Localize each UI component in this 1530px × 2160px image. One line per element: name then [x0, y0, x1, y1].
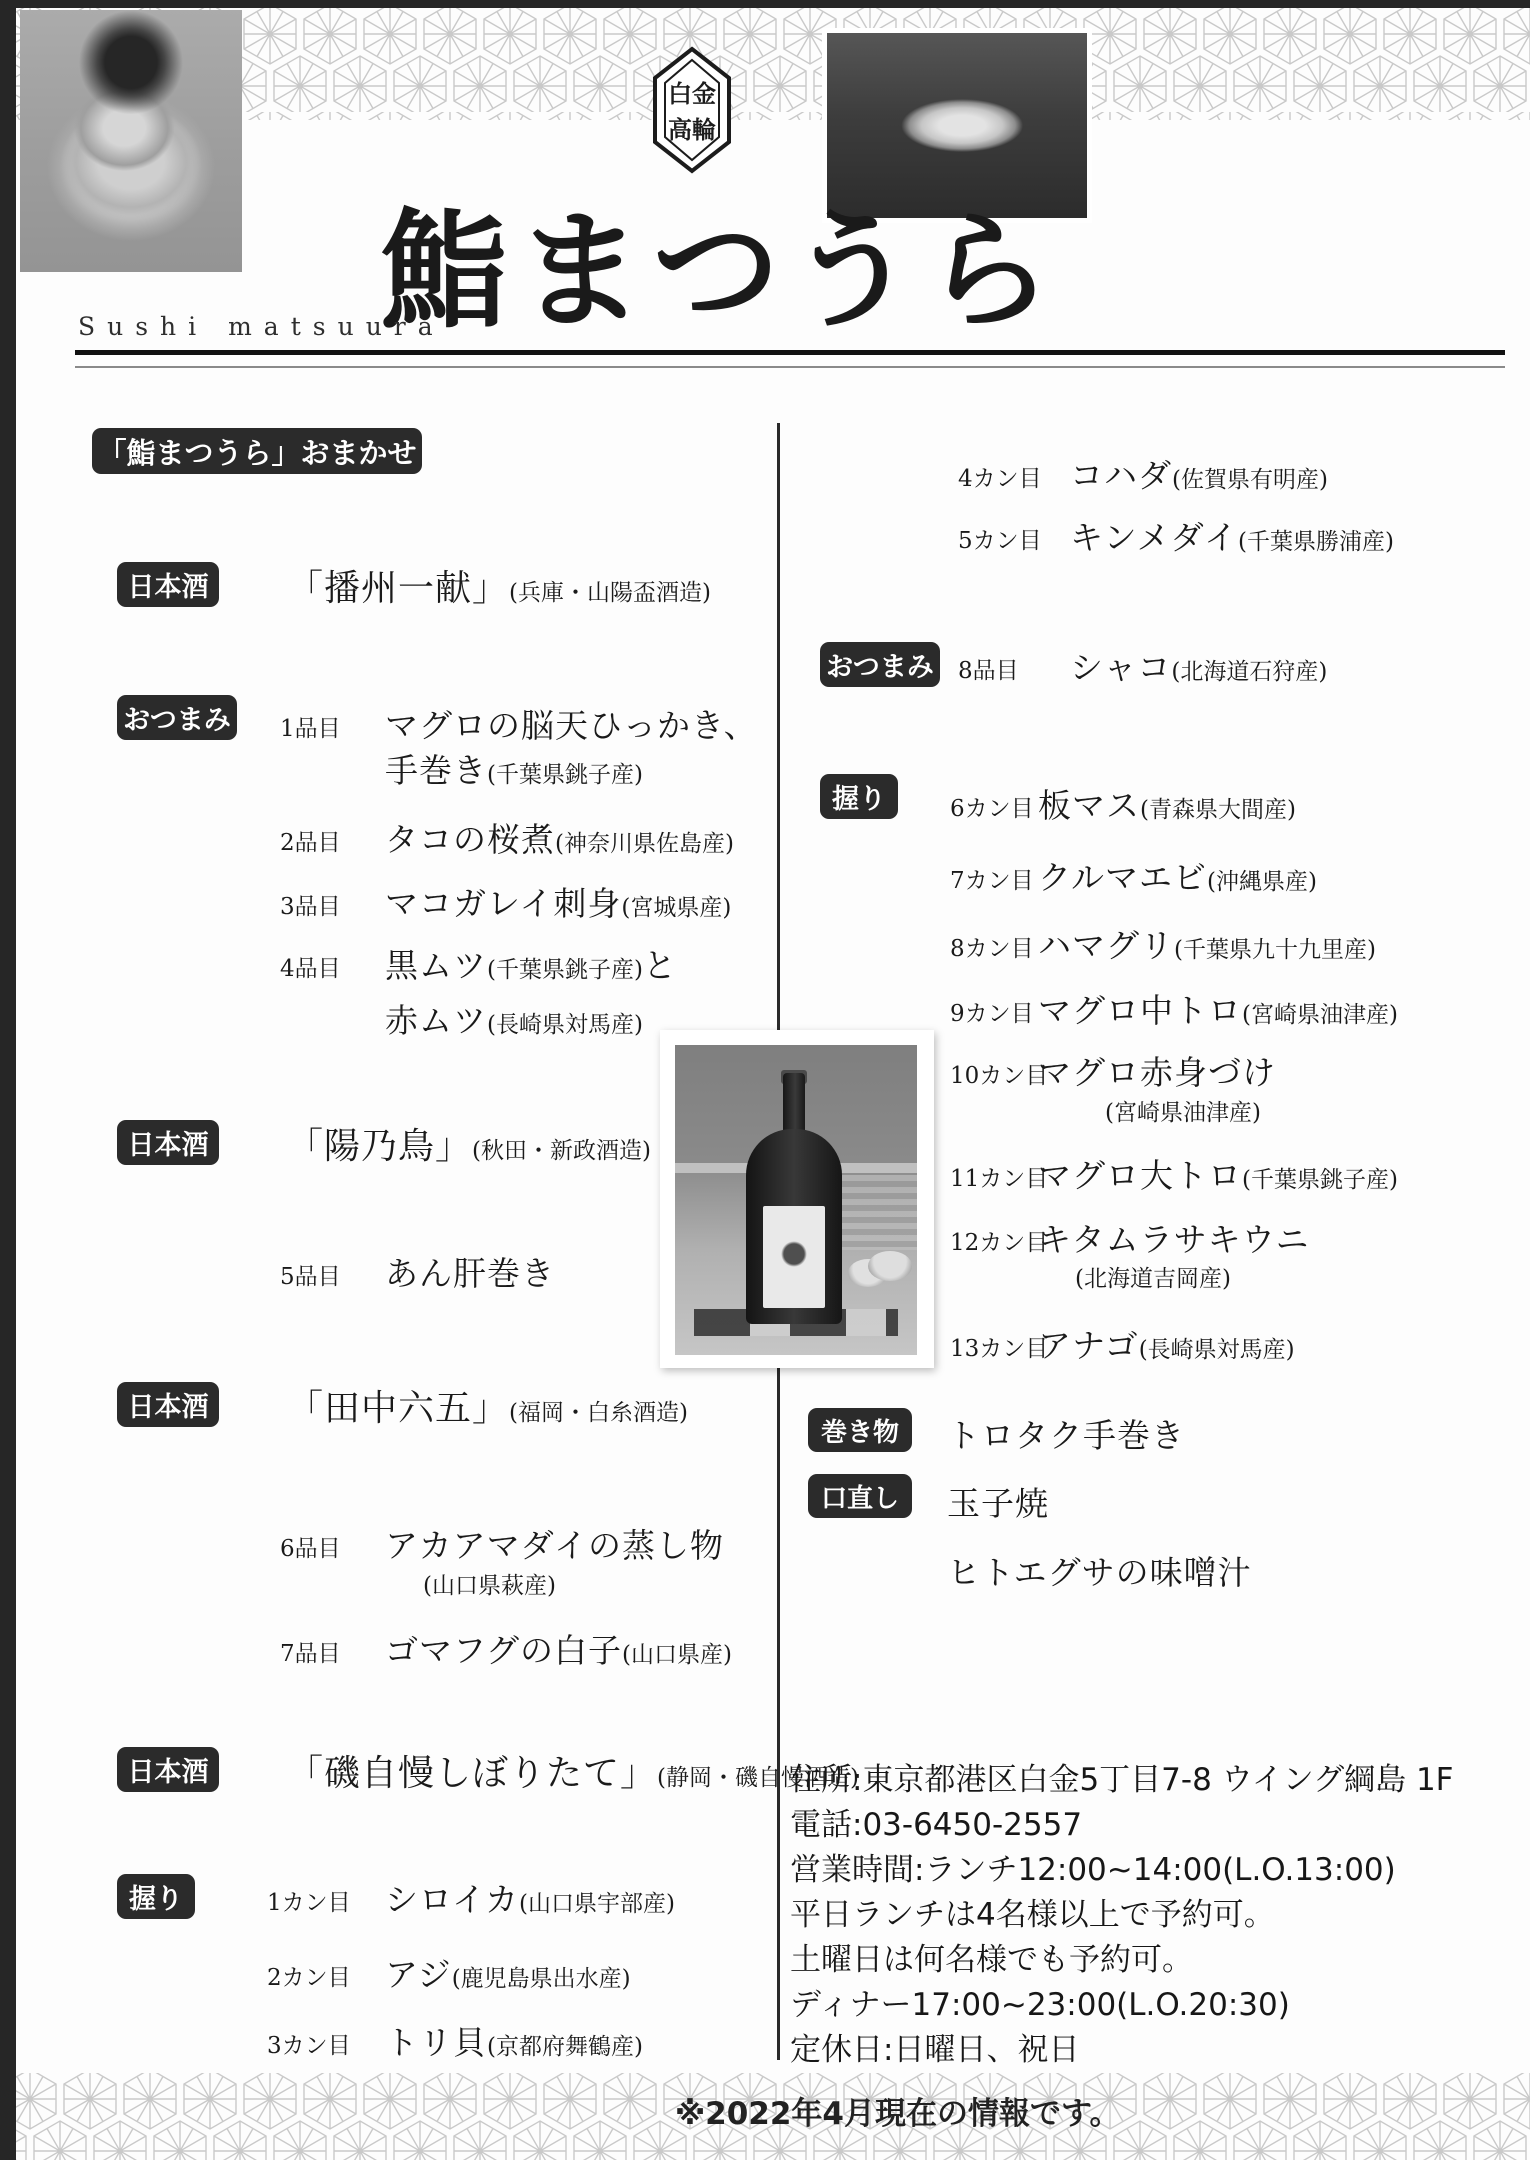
item-name: タコの桜煮	[385, 820, 555, 859]
menu-item: キンメダイ(千葉県勝浦産)	[1070, 512, 1394, 559]
item-name: キタムラサキウニ	[1038, 1220, 1310, 1259]
item-origin: (千葉県銚子産)	[487, 957, 643, 983]
info-lunch-note1: 平日ランチは4名様以上で予約可。	[790, 1893, 1454, 1938]
footer-note: ※2022年4月現在の情報です。	[675, 2088, 1121, 2133]
otsumami-badge: おつまみ	[820, 642, 940, 687]
item-name: ハマグリ	[1038, 926, 1174, 965]
menu-item: ハマグリ(千葉県九十九里産)	[1038, 920, 1376, 967]
menu-item: タコの桜煮(神奈川県佐島産)	[385, 814, 734, 861]
item-name: ヒトエグサの味噌汁	[947, 1553, 1252, 1592]
omakase-badge: 「鮨まつうら」おまかせ	[92, 428, 422, 474]
item-origin: (沖縄県産)	[1207, 869, 1317, 895]
item-number: 6品目	[280, 1530, 341, 1563]
item-name: マグロ赤身づけ	[1038, 1053, 1276, 1092]
item-origin: (山口県産)	[622, 1642, 732, 1668]
menu-item: ヒトエグサの味噌汁	[947, 1547, 1252, 1594]
sake-badge: 日本酒	[117, 1747, 219, 1792]
sake-entry: 「播州一献」(兵庫・山陽盃酒造)	[287, 560, 711, 611]
scan-edge-top	[0, 0, 1530, 8]
item-number: 6カン目	[950, 790, 1034, 823]
header-rule-thin	[75, 366, 1505, 368]
info-hours-lunch: 営業時間:ランチ12:00~14:00(L.O.13:00)	[790, 1848, 1454, 1893]
menu-item: (山口県萩産)	[423, 1567, 556, 1600]
item-number: 5カン目	[958, 522, 1042, 555]
item-origin: (青森県大間産)	[1140, 797, 1296, 823]
page-subtitle: Sushi matsuura	[78, 312, 445, 341]
item-origin: (山口県宇部産)	[519, 1891, 675, 1917]
item-origin: (京都府舞鶴産)	[487, 2034, 643, 2060]
menu-item: あん肝巻き	[385, 1248, 555, 1295]
item-name: マグロ中トロ	[1038, 991, 1242, 1030]
item-name: シャコ	[1070, 648, 1171, 687]
info-address: 住所:東京都港区白金5丁目7-8 ウイング綱島 1F	[790, 1758, 1454, 1803]
item-name: ゴマフグの白子	[385, 1631, 622, 1670]
item-origin: (千葉県銚子産)	[1242, 1167, 1398, 1193]
menu-item: アナゴ(長崎県対馬産)	[1038, 1320, 1295, 1367]
item-origin: (鹿児島県出水産)	[452, 1966, 631, 1992]
scan-edge-left	[0, 0, 16, 2160]
item-number: 3カン目	[267, 2027, 351, 2060]
location-badge-line2: 高輪	[668, 115, 716, 144]
item-origin: (千葉県銚子産)	[487, 762, 643, 788]
menu-item: (宮崎県油津産)	[1105, 1094, 1261, 1127]
item-number: 7カン目	[950, 862, 1034, 895]
menu-item: アカアマダイの蒸し物	[385, 1520, 724, 1567]
makimono-badge: 巻き物	[808, 1408, 912, 1452]
item-name: コハダ	[1070, 456, 1172, 495]
item-number: 2品目	[280, 824, 341, 857]
item-origin: (千葉県九十九里産)	[1174, 937, 1376, 963]
item-number: 7品目	[280, 1635, 341, 1668]
item-number: 4カン目	[958, 460, 1042, 493]
info-hours-dinner: ディナー17:00~23:00(L.O.20:30)	[790, 1983, 1454, 2028]
item-origin: (山口県萩産)	[423, 1573, 556, 1599]
nigiri-badge: 握り	[820, 774, 898, 819]
sake-badge: 日本酒	[117, 562, 219, 607]
item-number: 10カン目	[950, 1057, 1048, 1090]
bottle-label-mark	[781, 1241, 807, 1267]
item-origin: (佐賀県有明産)	[1172, 467, 1328, 493]
sake-entry: 「田中六五」(福岡・白糸酒造)	[287, 1380, 688, 1431]
menu-item: 手巻き(千葉県銚子産)	[385, 745, 643, 792]
item-name: トリ貝	[385, 2023, 487, 2062]
menu-item: クルマエビ(沖縄県産)	[1038, 852, 1317, 899]
item-origin: (長崎県対馬産)	[487, 1012, 643, 1038]
item-origin: (千葉県勝浦産)	[1238, 529, 1394, 555]
sake-entry: 「磯自慢しぼりたて」(静岡・磯自慢酒造)	[287, 1745, 859, 1796]
page-title: 鮨まつうら	[340, 168, 1100, 352]
item-number: 1品目	[280, 710, 341, 743]
menu-item: シャコ(北海道石狩産)	[1070, 642, 1327, 689]
item-name: キンメダイ	[1070, 518, 1238, 557]
item-name: マグロの脳天ひっかき、	[385, 706, 758, 745]
item-origin: (長崎県対馬産)	[1139, 1337, 1295, 1363]
sake-badge: 日本酒	[117, 1120, 219, 1165]
item-number: 8品目	[958, 652, 1019, 685]
menu-item: 赤ムツ(長崎県対馬産)	[385, 995, 643, 1042]
menu-item: ゴマフグの白子(山口県産)	[385, 1625, 732, 1672]
sake-bottle-photo	[660, 1030, 934, 1368]
sake-cup	[868, 1251, 912, 1281]
item-origin: (宮崎県油津産)	[1242, 1002, 1398, 1028]
item-name: 手巻き	[385, 751, 487, 790]
menu-item: マグロ赤身づけ	[1038, 1047, 1276, 1094]
menu-item: トリ貝(京都府舞鶴産)	[385, 2017, 643, 2064]
info-lunch-note2: 土曜日は何名様でも予約可。	[790, 1938, 1454, 1983]
menu-item: 玉子焼	[947, 1478, 1049, 1525]
header-rule-thick	[75, 350, 1505, 355]
item-origin: (北海道吉岡産)	[1075, 1266, 1231, 1292]
menu-item: コハダ(佐賀県有明産)	[1070, 450, 1328, 497]
item-name: トロタク手巻き	[947, 1416, 1185, 1455]
restaurant-info: 住所:東京都港区白金5丁目7-8 ウイング綱島 1F 電話:03-6450-25…	[790, 1758, 1454, 2073]
item-name: アカアマダイの蒸し物	[385, 1526, 724, 1565]
menu-item: トロタク手巻き	[947, 1410, 1185, 1457]
sake-name: 「陽乃鳥」	[287, 1126, 472, 1167]
item-origin: (宮城県産)	[621, 895, 731, 921]
sake-name: 「磯自慢しぼりたて」	[287, 1753, 657, 1794]
item-number: 2カン目	[267, 1959, 351, 1992]
nigiri-badge: 握り	[117, 1874, 195, 1919]
menu-item: マコガレイ刺身(宮城県産)	[385, 878, 731, 925]
item-name: 黒ムツ	[385, 946, 487, 985]
kuchinaoshi-badge: 口直し	[808, 1474, 912, 1518]
item-number: 8カン目	[950, 930, 1034, 963]
item-number: 5品目	[280, 1258, 341, 1291]
menu-item: アジ(鹿児島県出水産)	[385, 1949, 631, 1996]
otsumami-badge: おつまみ	[117, 695, 237, 740]
sake-name: 「田中六五」	[287, 1388, 509, 1429]
item-number: 9カン目	[950, 995, 1034, 1028]
sake-brewery: (兵庫・山陽盃酒造)	[509, 580, 711, 606]
location-badge-line1: 白金	[668, 79, 716, 108]
item-name: アジ	[385, 1955, 452, 1994]
menu-item: 黒ムツ(千葉県銚子産)と	[385, 940, 677, 987]
item-number: 3品目	[280, 888, 341, 921]
menu-item: マグロの脳天ひっかき、	[385, 700, 758, 747]
menu-item: マグロ中トロ(宮崎県油津産)	[1038, 985, 1398, 1032]
menu-item: シロイカ(山口県宇部産)	[385, 1874, 675, 1921]
info-closed: 定休日:日曜日、祝日	[790, 2028, 1454, 2073]
item-name: 板マス	[1038, 786, 1140, 825]
item-number: 13カン目	[950, 1330, 1048, 1363]
item-suffix: と	[643, 946, 677, 985]
item-origin: (宮崎県油津産)	[1105, 1100, 1261, 1126]
item-name: マコガレイ刺身	[385, 884, 621, 923]
menu-item: (北海道吉岡産)	[1075, 1260, 1231, 1293]
sake-entry: 「陽乃鳥」(秋田・新政酒造)	[287, 1118, 651, 1169]
item-name: シロイカ	[385, 1880, 519, 1919]
item-origin: (北海道石狩産)	[1171, 659, 1327, 685]
sake-brewery: (秋田・新政酒造)	[472, 1138, 651, 1164]
item-number: 4品目	[280, 950, 341, 983]
menu-page: 白金 高輪 鮨まつうら Sushi matsuura 「鮨まつうら」おまかせ 日…	[0, 0, 1530, 2160]
item-number: 11カン目	[950, 1160, 1048, 1193]
item-name: マグロ大トロ	[1038, 1156, 1242, 1195]
menu-item: キタムラサキウニ	[1038, 1214, 1310, 1261]
menu-item: 板マス(青森県大間産)	[1038, 780, 1296, 827]
menu-item: マグロ大トロ(千葉県銚子産)	[1038, 1150, 1398, 1197]
sake-brewery: (福岡・白糸酒造)	[509, 1400, 688, 1426]
sake-name: 「播州一献」	[287, 568, 509, 609]
item-number: 12カン目	[950, 1224, 1048, 1257]
item-name: アナゴ	[1038, 1326, 1139, 1365]
sake-bottle-photo-inner	[675, 1045, 917, 1355]
bottle-label	[763, 1206, 825, 1308]
location-hexagon-badge: 白金 高輪	[648, 46, 736, 174]
item-name: 赤ムツ	[385, 1001, 487, 1040]
item-origin: (神奈川県佐島産)	[555, 831, 734, 857]
info-phone: 電話:03-6450-2557	[790, 1803, 1454, 1848]
item-name: 玉子焼	[947, 1484, 1049, 1523]
item-number: 1カン目	[267, 1884, 351, 1917]
item-name: あん肝巻き	[385, 1254, 555, 1293]
sushi-dish-photo	[20, 10, 242, 272]
sake-badge: 日本酒	[117, 1382, 219, 1427]
item-name: クルマエビ	[1038, 858, 1207, 897]
